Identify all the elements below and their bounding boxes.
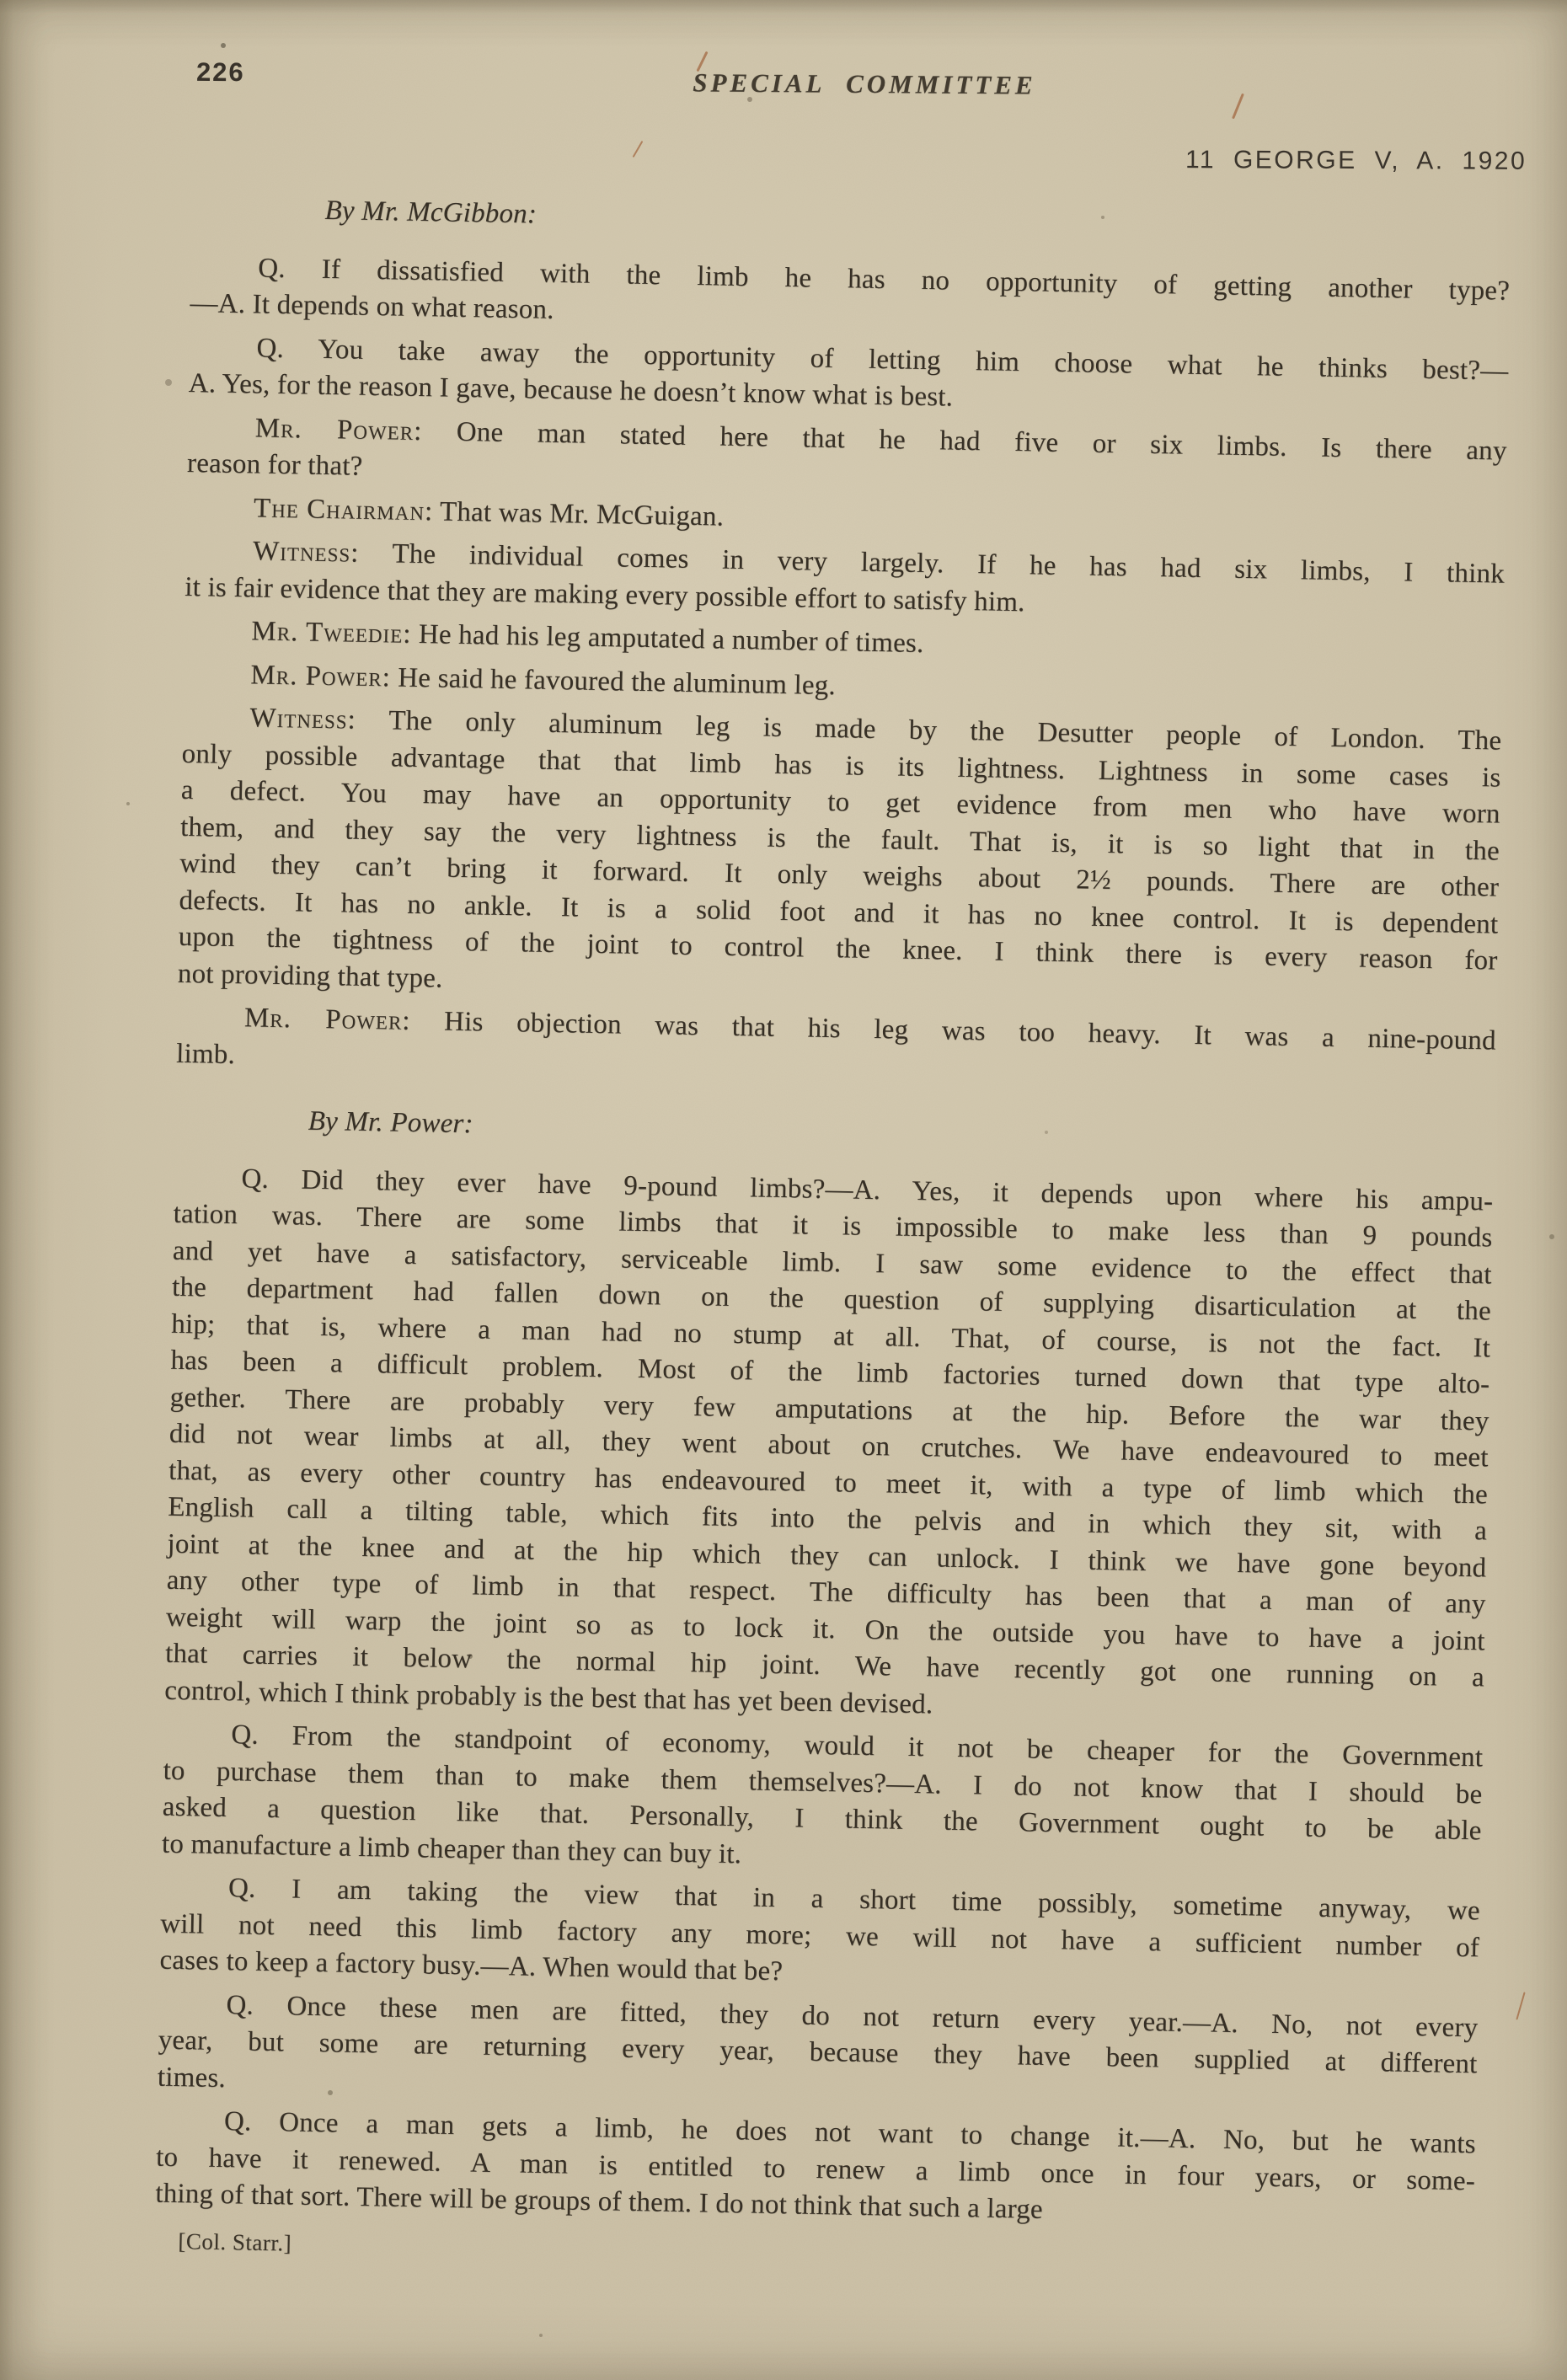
running-title: SPECIAL COMMITTEE [81,65,1567,104]
examiner-byline: By Mr. McGibbon: [191,190,1511,251]
speaker-name: Mr. Power: [250,660,391,693]
speaker-name: Witness: [249,703,356,735]
transcript-blocks: By Mr. McGibbon:Q. If dissatisfied with … [155,190,1511,2237]
transcript-paragraph: Q. Once these men are fitted, they do no… [158,1986,1479,2120]
transcript-paragraph: Q. From the standpoint of economy, would… [162,1716,1484,1887]
paper-specks [0,0,3,3]
examiner-byline: By Mr. Power: [174,1101,1495,1162]
speaker-name: Mr. Power: [255,413,423,447]
scanned-page: 226 SPECIAL COMMITTEE 11 GEORGE V, A. 19… [0,0,1567,2380]
transcript-paragraph: Mr. Power: His objection was that his le… [176,999,1496,1097]
speaker-name: Witness: [253,536,360,568]
transcript-paragraph: Q. Once a man gets a limb, he does not w… [155,2103,1476,2237]
transcript-paragraph: Q. I am taking the view that in a short … [159,1869,1480,2003]
session-heading: 11 GEORGE V, A. 1920 [1185,147,1527,174]
paper-fiber [633,141,644,158]
transcript-paragraph: Q. Did they ever have 9-pound limbs?—A. … [164,1159,1494,1733]
speaker-name: The Chairman: [254,493,434,527]
speaker-name: Mr. Power: [244,1003,411,1036]
transcript-paragraph: Witness: The only aluminum leg is made b… [178,699,1502,1017]
speaker-name: Mr. Tweedie: [251,616,412,649]
paper-fiber [1516,1992,1525,2019]
text-column: By Mr. McGibbon:Q. If dissatisfied with … [154,190,1511,2283]
